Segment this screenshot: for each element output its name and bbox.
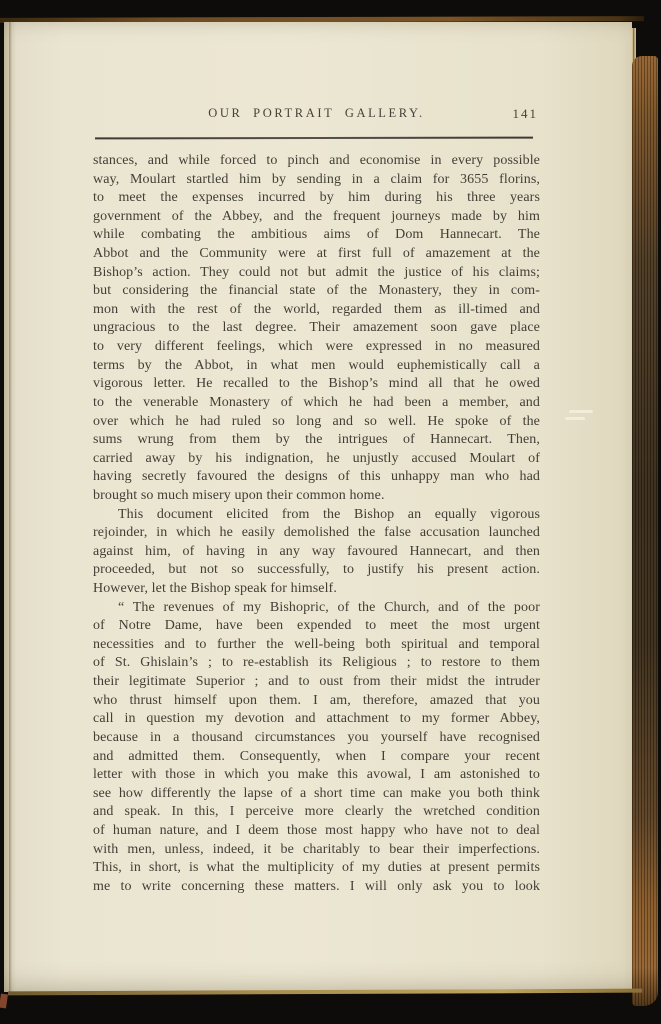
- text-line: of Notre Dame, have been expended to mee…: [93, 617, 540, 636]
- text-line: against him, of having in any way favour…: [93, 543, 540, 562]
- text-line: Abbot and the Community were at first fu…: [93, 245, 540, 264]
- running-header: OUR PORTRAIT GALLERY. 141: [93, 106, 540, 128]
- text-line: to meet the expenses incurred by him dur…: [93, 189, 540, 208]
- text-line: but considering the financial state of t…: [93, 282, 540, 301]
- scan-artifact: [565, 409, 599, 423]
- text-line: This, in short, is what the multiplicity…: [93, 859, 540, 878]
- scan-artifact-mark: [565, 417, 585, 420]
- text-line: brought so much misery upon their common…: [93, 487, 540, 506]
- running-header-title: OUR PORTRAIT GALLERY.: [93, 106, 540, 121]
- text-line: This document elicited from the Bishop a…: [93, 506, 540, 525]
- text-line: me to write concerning these matters. I …: [93, 878, 540, 897]
- text-line: because in a thousand circumstances you …: [93, 729, 540, 748]
- text-line: rejoinder, in which he easily demolished…: [93, 524, 540, 543]
- text-line: of St. Ghislain’s ; to re-establish its …: [93, 654, 540, 673]
- text-line: while combating the ambitious aims of Do…: [93, 226, 540, 245]
- text-line: to very different feelings, which were e…: [93, 338, 540, 357]
- text-line: mon with the rest of the world, regarded…: [93, 301, 540, 320]
- text-line: over which he had ruled so long and so w…: [93, 413, 540, 432]
- text-line: to the venerable Monastery of which he h…: [93, 394, 540, 413]
- text-line: ungracious to the last degree. Their ama…: [93, 319, 540, 338]
- text-line: proceeded, but not so successfully, to j…: [93, 561, 540, 580]
- text-line: and admitted them. Consequently, when I …: [93, 748, 540, 767]
- text-line: sums wrung from them by the intrigues of…: [93, 431, 540, 450]
- text-line: and speak. In this, I perceive more clea…: [93, 803, 540, 822]
- text-line: having secretly favoured the designs of …: [93, 468, 540, 487]
- text-line: However, let the Bishop speak for himsel…: [93, 580, 540, 599]
- book-fore-edge: [632, 56, 658, 1006]
- text-line: Bishop’s action. They could not but admi…: [93, 264, 540, 283]
- body-text: stances, and while forced to pinch and e…: [93, 152, 540, 896]
- cover-corner-artifact: [0, 994, 8, 1009]
- text-line: government of the Abbey, and the frequen…: [93, 208, 540, 227]
- text-line: letter with those in which you make this…: [93, 766, 540, 785]
- text-line: their legitimate Superior ; and to oust …: [93, 673, 540, 692]
- text-line: way, Moulart startled him by sending in …: [93, 171, 540, 190]
- text-line: call in question my devotion and attachm…: [93, 710, 540, 729]
- text-line: necessities and to further the well-bein…: [93, 636, 540, 655]
- scan-artifact-mark: [569, 410, 593, 413]
- text-line: with men, unless, indeed, it be charitab…: [93, 841, 540, 860]
- gutter-crease: [9, 22, 12, 992]
- header-rule: [95, 137, 533, 140]
- text-line: carried away by his indignation, he unju…: [93, 450, 540, 469]
- text-line: terms by the Abbot, in what men would eu…: [93, 357, 540, 376]
- text-line: who thrust himself upon them. I am, ther…: [93, 692, 540, 711]
- book-page: OUR PORTRAIT GALLERY. 141 stances, and w…: [4, 22, 632, 992]
- text-line: of human nature, and I deem those most h…: [93, 822, 540, 841]
- page-number: 141: [513, 106, 539, 122]
- text-line: “ The revenues of my Bishopric, of the C…: [93, 599, 540, 618]
- text-line: vigorous letter. He recalled to the Bish…: [93, 375, 540, 394]
- text-line: see how differently the lapse of a short…: [93, 785, 540, 804]
- scan-background: OUR PORTRAIT GALLERY. 141 stances, and w…: [0, 0, 661, 1024]
- text-line: stances, and while forced to pinch and e…: [93, 152, 540, 171]
